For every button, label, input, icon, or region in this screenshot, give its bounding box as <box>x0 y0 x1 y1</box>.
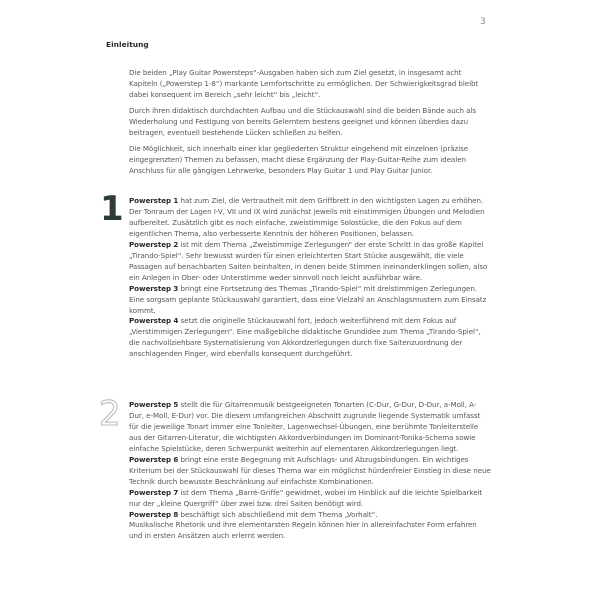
intro-block: Die beiden „Play Guitar Powersteps“-Ausg… <box>129 68 491 177</box>
powerstep-entry: Powerstep 3 bringt eine Fortsetzung des … <box>129 284 491 317</box>
powerstep-text: ist mit dem Thema „Zweistimmige Zerlegun… <box>129 240 487 282</box>
powerstep-group-1: Powerstep 1 hat zum Ziel, die Vertrauthe… <box>129 196 491 360</box>
powerstep-entry: Powerstep 7 ist dem Thema „Barré-Griffe“… <box>129 488 491 510</box>
powerstep-label: Powerstep 5 <box>129 400 178 409</box>
powerstep-entry: Powerstep 8 beschäftigt sich abschließen… <box>129 510 491 521</box>
powerstep-text: beschäftigt sich abschließend mit dem Th… <box>178 510 377 519</box>
powerstep-text: bringt eine erste Begegnung mit Aufschla… <box>129 455 491 486</box>
powerstep-label: Powerstep 7 <box>129 488 178 497</box>
powerstep-entry: Powerstep 5 stellt die für Gitarrenmusik… <box>129 400 491 455</box>
powerstep-label: Powerstep 3 <box>129 284 178 293</box>
powerstep-group-2: Powerstep 5 stellt die für Gitarrenmusik… <box>129 400 491 542</box>
powerstep-text: setzt die originelle Stückauswahl fort, … <box>129 316 481 358</box>
powerstep-label: Powerstep 6 <box>129 455 178 464</box>
powerstep-text: bringt eine Fortsetzung des Themas „Tira… <box>129 284 486 315</box>
powerstep-label: Powerstep 8 <box>129 510 178 519</box>
powerstep-entry: Powerstep 4 setzt die originelle Stückau… <box>129 316 491 360</box>
powerstep-entry: Powerstep 6 bringt eine erste Begegnung … <box>129 455 491 488</box>
powerstep-entry: Powerstep 1 hat zum Ziel, die Vertrauthe… <box>129 196 491 240</box>
powerstep-entry: Powerstep 2 ist mit dem Thema „Zweistimm… <box>129 240 491 284</box>
closing-paragraph: Musikalische Rhetorik und ihre elementar… <box>129 520 491 542</box>
intro-paragraph: Die Möglichkeit, sich innerhalb einer kl… <box>129 144 491 177</box>
powerstep-label: Powerstep 2 <box>129 240 178 249</box>
chapter-numeral-1-icon: 1 <box>100 192 124 226</box>
powerstep-label: Powerstep 4 <box>129 316 178 325</box>
powerstep-label: Powerstep 1 <box>129 196 178 205</box>
page-number: 3 <box>480 17 486 27</box>
section-heading: Einleitung <box>106 40 149 49</box>
intro-paragraph: Durch ihren didaktisch durchdachten Aufb… <box>129 106 491 139</box>
intro-paragraph: Die beiden „Play Guitar Powersteps“-Ausg… <box>129 68 491 101</box>
chapter-numeral-2-icon: 2 <box>99 397 121 431</box>
powerstep-text: stellt die für Gitarrenmusik bestgeeigne… <box>129 400 480 453</box>
powerstep-text: ist dem Thema „Barré-Griffe“ gewidmet, w… <box>129 488 482 508</box>
powerstep-text: hat zum Ziel, die Vertrautheit mit dem G… <box>129 196 485 238</box>
